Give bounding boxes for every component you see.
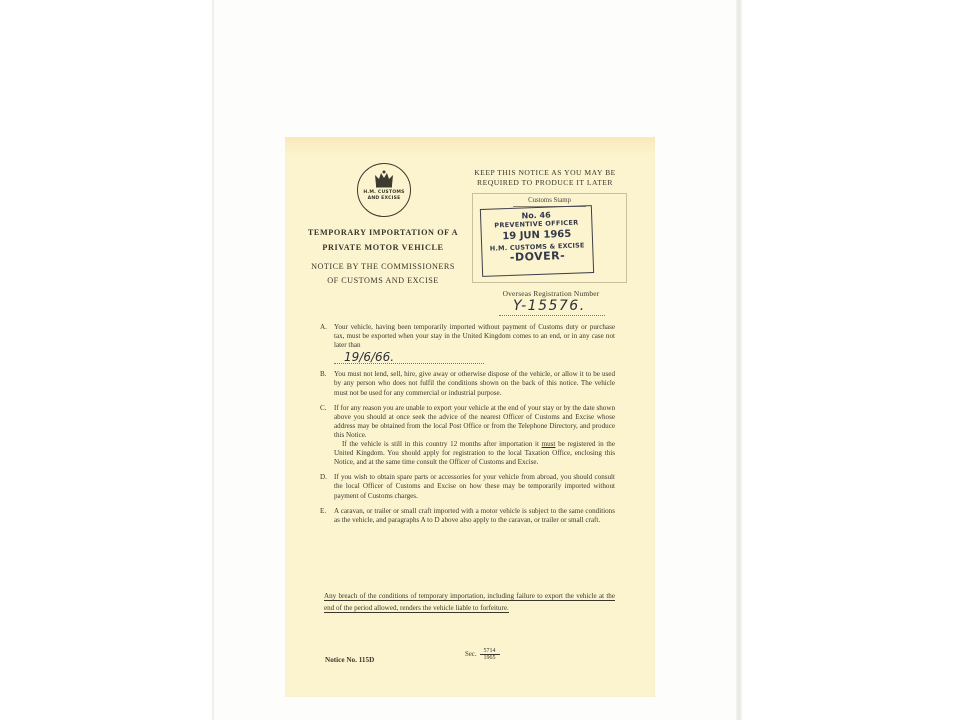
condition-d: D. If you wish to obtain spare parts or …: [320, 473, 615, 500]
forfeiture-warning: Any breach of the conditions of temporar…: [324, 591, 615, 614]
customs-stamp: No. 46 PREVENTIVE OFFICER 19 JUN 1965 H.…: [480, 205, 594, 277]
customs-stamp-box: Customs Stamp No. 46 PREVENTIVE OFFICER …: [472, 193, 627, 283]
customs-notice-document: H.M. CUSTOMSAND EXCISE TEMPORARY IMPORTA…: [285, 137, 655, 697]
condition-text: If you wish to obtain spare parts or acc…: [334, 473, 615, 500]
condition-c: C. If for any reason you are unable to e…: [320, 404, 615, 468]
condition-e: E. A caravan, or trailer or small craft …: [320, 507, 615, 525]
condition-a: A. Your vehicle, having been temporarily…: [320, 323, 615, 364]
emphasis-must: must: [542, 440, 556, 448]
condition-letter: E.: [320, 507, 334, 525]
stamp-box-label: Customs Stamp: [473, 197, 626, 204]
condition-letter: B.: [320, 370, 334, 397]
section-fraction: 5714 1965: [480, 648, 500, 661]
crown-icon: [373, 170, 395, 188]
condition-text: Your vehicle, having been temporarily im…: [334, 323, 615, 364]
keep-notice-instruction: KEEP THIS NOTICE AS YOU MAY BEREQUIRED T…: [460, 168, 630, 188]
condition-c-registration-note: If the vehicle is still in this country …: [334, 440, 615, 467]
document-subtitle: NOTICE BY THE COMMISSIONERSOF CUSTOMS AN…: [293, 260, 473, 288]
document-title: TEMPORARY IMPORTATION OF APRIVATE MOTOR …: [293, 225, 473, 255]
customs-crest: H.M. CUSTOMSAND EXCISE: [357, 163, 411, 217]
crest-label: H.M. CUSTOMSAND EXCISE: [358, 190, 410, 202]
export-deadline-date: 19/6/66.: [334, 351, 484, 364]
paper-shadow: [285, 137, 655, 155]
title-block: TEMPORARY IMPORTATION OF APRIVATE MOTOR …: [293, 225, 473, 288]
conditions-list: A. Your vehicle, having been temporarily…: [320, 323, 615, 531]
condition-letter: A.: [320, 323, 334, 364]
condition-b: B. You must not lend, sell, hire, give a…: [320, 370, 615, 397]
registration-number: Y-15576.: [499, 297, 605, 316]
notice-number: Notice No. 115D: [325, 656, 374, 664]
condition-text: You must not lend, sell, hire, give away…: [334, 370, 615, 397]
condition-text: If for any reason you are unable to expo…: [334, 404, 615, 468]
condition-letter: C.: [320, 404, 334, 468]
section-reference: Sec. 5714 1965: [465, 648, 500, 661]
scanner-edge: [736, 0, 742, 720]
condition-text: A caravan, or trailer or small craft imp…: [334, 507, 615, 525]
section-label: Sec.: [465, 651, 477, 658]
condition-letter: D.: [320, 473, 334, 500]
